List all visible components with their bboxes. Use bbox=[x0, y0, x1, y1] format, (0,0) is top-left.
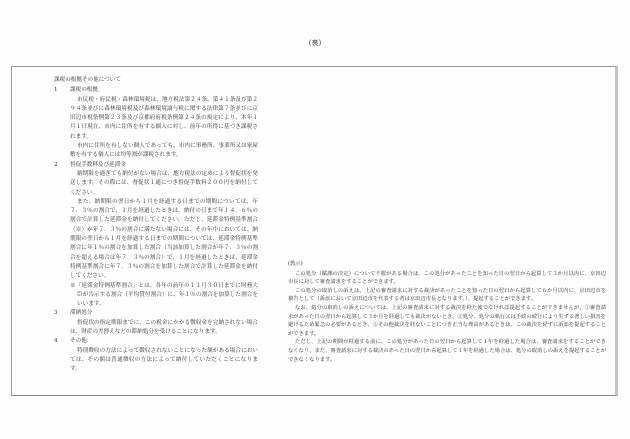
section-paragraph: 納期限を過ぎても納付がない場合は、地方税法の定めにより督促状を発送します。その際… bbox=[43, 170, 258, 198]
section-title: 1課税の根拠 bbox=[43, 86, 258, 95]
section-paragraph: 特別徴収の方法によって徴収されないことになった額がある場合においては、その額は普… bbox=[43, 347, 258, 375]
document-heading: 課税の根拠その他について bbox=[43, 76, 258, 85]
section-number: 4 bbox=[54, 337, 70, 346]
section-other: 4その他 特別徴収の方法によって徴収されないことになった額がある場合においては、… bbox=[43, 337, 258, 374]
section-title: 2督促手数料及び延滞金 bbox=[43, 161, 258, 170]
section-title-text: 督促手数料及び延滞金 bbox=[70, 162, 126, 168]
notice-paragraph: この処分（賦課の決定）について不服がある場合は、この処分があったことを知った日の… bbox=[288, 270, 606, 287]
section-title: 3滞納処分 bbox=[43, 309, 258, 318]
section-number: 2 bbox=[54, 161, 70, 170]
appeal-notice-section: (教示) この処分（賦課の決定）について不服がある場合は、この処分があったことを… bbox=[288, 260, 606, 364]
notice-paragraph: ただし、上記の期間が経過する前に、この処分があった日の翌日から起算して１年を経過… bbox=[288, 338, 606, 364]
section-note: ※「延滞金特例基準割合」とは、各年の前年の１１月３０日までに財務大臣が告示する割… bbox=[43, 282, 258, 310]
section-paragraph: 市民税・府民税・森林環境税は、地方税法第２４条、第４１条及び第２９４条並びに森林… bbox=[43, 96, 258, 142]
notice-title: (教示) bbox=[288, 260, 606, 269]
section-late-fees: 2督促手数料及び延滞金 納期限を過ぎても納付がない場合は、地方税法の定めにより督… bbox=[43, 161, 258, 310]
page-side-label: (裏) bbox=[0, 38, 630, 48]
section-title: 4その他 bbox=[43, 337, 258, 346]
section-title-text: 課税の根拠 bbox=[70, 87, 98, 93]
section-number: 3 bbox=[54, 309, 70, 318]
section-paragraph: また、納期限の翌日から１月を経過する日までの期間については、年７．３％の割合で、… bbox=[43, 198, 258, 282]
tax-basis-section: 課税の根拠その他について 1課税の根拠 市民税・府民税・森林環境税は、地方税法第… bbox=[43, 76, 258, 375]
section-title-text: その他 bbox=[70, 338, 87, 344]
section-paragraph: 督促状の指定期限までに、この税金にかかる徴収金を完納されない場合は、財産の差押え… bbox=[43, 319, 258, 338]
notice-paragraph: この処分の取消しの訴えは、上記の審査請求に対する裁決があったことを知った日の翌日… bbox=[288, 287, 606, 304]
section-number: 1 bbox=[54, 86, 70, 95]
section-title-text: 滞納処分 bbox=[70, 310, 92, 316]
section-tax-basis: 1課税の根拠 市民税・府民税・森林環境税は、地方税法第２４条、第４１条及び第２９… bbox=[43, 86, 258, 160]
notice-paragraph: なお、処分の取消しの訴えについては、上記の審査請求に対する裁決を経た後でなければ… bbox=[288, 304, 606, 338]
section-paragraph: 市内に住所を有しない個人であっても、市内に事務所、事業所又は家屋敷を有する個人に… bbox=[43, 142, 258, 161]
section-delinquency-disposition: 3滞納処分 督促状の指定期限までに、この税金にかかる徴収金を完納されない場合は、… bbox=[43, 309, 258, 337]
